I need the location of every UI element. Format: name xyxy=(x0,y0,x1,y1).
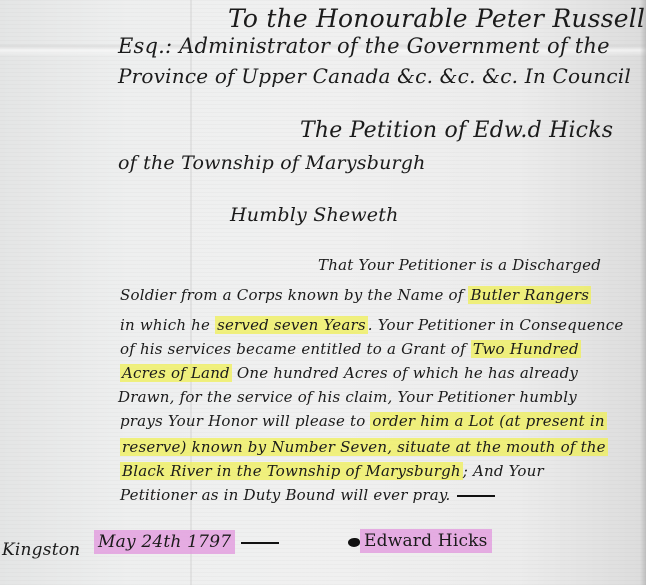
address-line-3: Province of Upper Canada &c. &c. &c. In … xyxy=(118,64,631,88)
body-text: Petitioner as in Duty Bound will ever pr… xyxy=(120,486,451,504)
highlight-acres-of-land: Acres of Land xyxy=(120,364,232,382)
ink-blot xyxy=(348,538,360,547)
footer-place: Kingston xyxy=(2,540,80,560)
body-line-3: in which he served seven Years. Your Pet… xyxy=(120,316,623,334)
body-text: . Your Petitioner in Consequence xyxy=(368,316,624,334)
body-text: One hundred Acres of which he has alread… xyxy=(232,364,578,382)
body-line-1: That Your Petitioner is a Discharged xyxy=(318,256,601,274)
petition-heading-1: The Petition of Edw.d Hicks xyxy=(300,118,613,143)
address-line-2: Esq.: Administrator of the Government of… xyxy=(118,34,610,58)
body-line-2: Soldier from a Corps known by the Name o… xyxy=(120,286,591,304)
highlight-signature: Edward Hicks xyxy=(360,529,492,553)
date-dash xyxy=(241,542,279,544)
signature-line: Edward Hicks xyxy=(360,531,492,551)
highlight-lot-location: reserve) known by Number Seven, situate … xyxy=(120,438,608,456)
highlight-grant-amount: Two Hundred xyxy=(471,340,581,358)
footer-date-line: May 24th 1797 xyxy=(94,532,279,552)
highlight-black-river: Black River in the Township of Marysburg… xyxy=(120,462,463,480)
petition-heading-2: of the Township of Marysburgh xyxy=(118,152,426,174)
body-text: of his services became entitled to a Gra… xyxy=(120,340,471,358)
highlight-corps-name: Butler Rangers xyxy=(468,286,591,304)
body-line-7: prays Your Honor will please to order hi… xyxy=(120,412,607,430)
body-line-9: Black River in the Township of Marysburg… xyxy=(120,462,544,480)
highlight-date: May 24th 1797 xyxy=(94,530,235,554)
paper-edge xyxy=(640,0,646,585)
body-line-4: of his services became entitled to a Gra… xyxy=(120,340,581,358)
highlight-lot-request: order him a Lot (at present in xyxy=(370,412,606,430)
body-text: in which he xyxy=(120,316,215,334)
body-line-8: reserve) known by Number Seven, situate … xyxy=(120,438,608,456)
body-line-5: Acres of Land One hundred Acres of which… xyxy=(120,364,578,382)
highlight-service-years: served seven Years xyxy=(215,316,368,334)
salutation: Humbly Sheweth xyxy=(230,204,399,226)
body-line-6: Drawn, for the service of his claim, You… xyxy=(118,388,577,406)
body-text: prays Your Honor will please to xyxy=(120,412,370,430)
closing-dash xyxy=(457,495,495,497)
address-line-1: To the Honourable Peter Russell xyxy=(228,4,645,33)
body-text: Soldier from a Corps known by the Name o… xyxy=(120,286,468,304)
body-line-10: Petitioner as in Duty Bound will ever pr… xyxy=(120,486,495,504)
body-text: ; And Your xyxy=(463,462,544,480)
